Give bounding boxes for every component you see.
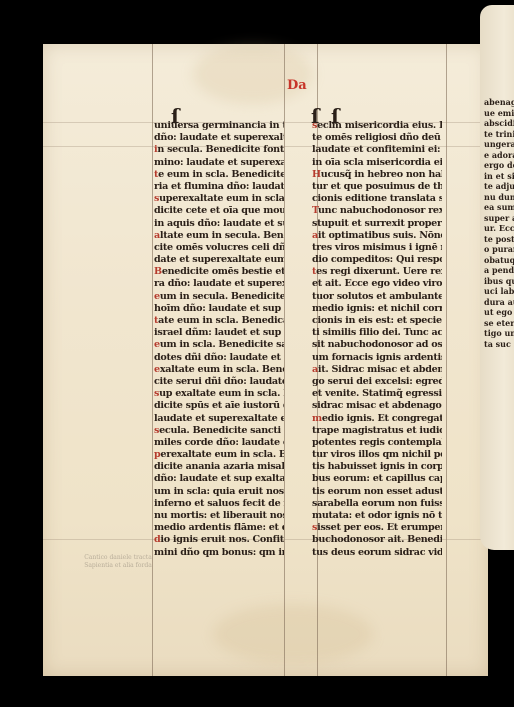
text-line: eum in scla. Benedicite sacer: [154, 339, 284, 351]
text-line: altate eum in secula. Benedi: [154, 230, 284, 242]
text-line: in secula. Benedicite fontes do: [154, 144, 284, 156]
text-line: mutata: et odor ignis nō tra: [312, 510, 442, 522]
text-line-rest: io ignis eruit nos. Confite: [160, 534, 284, 545]
text-line: tis habuisset ignis in corpori: [312, 461, 442, 473]
text-line: tuor solutos et ambulantes i: [312, 291, 442, 303]
text-line: medio ignis: et nichil corrup: [312, 303, 442, 315]
text-line: perexaltate eum in scla. Bene: [154, 449, 284, 461]
text-line: sup exaltate eum in scla. Bene: [154, 388, 284, 400]
text-line: secula. Benedicite sancti et hu: [154, 425, 284, 437]
text-line: medio ignis. Et congregati sa: [312, 413, 442, 425]
text-line: inferno et saluos fecit de ma: [154, 498, 284, 510]
text-line: tur et que posuimus de theodo: [312, 181, 442, 193]
text-line-rest: enedicite omēs bestie et pec: [162, 266, 284, 277]
text-line: et ait. Ecce ego video viros q̃: [312, 278, 442, 290]
next-leaf-line: te trinitate: [484, 129, 514, 140]
next-leaf-line: obatuq n: [484, 255, 514, 266]
ruling-line: [446, 44, 447, 676]
text-line-rest: it optimatibus suis. Nōne: [318, 230, 442, 241]
text-line: dño: laudate et sup exaltate e: [154, 473, 284, 485]
text-line: dotes dñi dño: laudate et sup: [154, 352, 284, 364]
ruling-line: [152, 44, 153, 676]
text-line-rest: it. Sidrac misac et abdena: [318, 364, 442, 375]
text-line: laudate et confitemini ei: quia: [312, 144, 442, 156]
text-line: miles corde dño: laudate et su: [154, 437, 284, 449]
text-line: buchodonosor ait. Benedic: [312, 534, 442, 546]
text-line: ait optimatibus suis. Nōne: [312, 230, 442, 242]
text-line-rest: isset per eos. Et erumpens na: [317, 522, 442, 533]
water-stain: [213, 604, 373, 664]
text-line-rest: um in secula. Benedicite filij: [160, 291, 284, 302]
text-line: dio compeditos: Qui respondē: [312, 254, 442, 266]
text-line: bus eorum: et capillus capi: [312, 473, 442, 485]
next-leaf-line: super adiuor: [484, 213, 514, 224]
text-line: in oīa scla misericordia eius.: [312, 157, 442, 169]
next-leaf-line: dura aut: [484, 297, 514, 308]
text-line: ti similis filio dei. Tunc acces: [312, 327, 442, 339]
text-line: nu mortis: et liberauit nos de: [154, 510, 284, 522]
next-leaf-line: ungera fuit: [484, 139, 514, 150]
next-leaf-line: te post r: [484, 234, 514, 245]
manuscript-page: Da ſ ſ ſ uniuersa germinancia in terradñ…: [43, 44, 488, 676]
next-leaf-line: a pendid: [484, 265, 514, 276]
text-line: laudate et superexaltate eū in: [154, 413, 284, 425]
next-leaf-line: ta suc: [484, 339, 514, 350]
next-leaf-line: ibus qui g: [484, 276, 514, 287]
next-leaf-line: in et sicut d: [484, 171, 514, 182]
text-line-rest: e eum in scla. Benedicite ma: [158, 169, 284, 180]
text-line-rest: unc nabuchodonosor rex ob: [318, 205, 442, 216]
running-head: Da: [287, 78, 307, 93]
next-leaf-text: abenago: eue emit iabscidit ute trinitat…: [480, 97, 514, 349]
text-line: seclm misericordia eius. Benedi: [312, 120, 442, 132]
text-line-rest: um in scla. Benedicite sacer: [160, 339, 284, 350]
text-line: dicite cete et oīa que mouentur: [154, 205, 284, 217]
text-line: dio ignis eruit nos. Confite: [154, 534, 284, 546]
text-line-rest: ate eum in scla. Benedicat: [158, 315, 284, 326]
text-line: mini dño qm bonus: qm in: [154, 547, 284, 559]
rubric-initial: m: [312, 413, 322, 424]
ruling-line: [284, 44, 285, 676]
text-line-rest: n secula. Benedicite fontes do: [157, 144, 284, 155]
marginal-note-line: Sapientia et alia forda: [73, 562, 163, 570]
next-leaf-line: ue emit i: [484, 108, 514, 119]
text-line: dño: laudate et superexaltate eū: [154, 132, 284, 144]
text-line: cionis in eis est: et species q̃r: [312, 315, 442, 327]
text-line: um fornacis ignis ardentis: et: [312, 352, 442, 364]
text-line: te eum in scla. Benedicite ma: [154, 169, 284, 181]
text-line: cite omēs volucres celi dño: lau: [154, 242, 284, 254]
next-leaf-line: uci laban: [484, 286, 514, 297]
text-line: stupuit et surrexit propere: et: [312, 218, 442, 230]
text-line: uniuersa germinancia in terra: [154, 120, 284, 132]
text-line-rest: ltate eum in secula. Benedi: [160, 230, 284, 241]
text-line: te omēs religiosi dño deū deos:: [312, 132, 442, 144]
text-line: um in scla: quia eruit nos de: [154, 486, 284, 498]
text-line-rest: ecula. Benedicite sancti et hu: [159, 425, 284, 436]
text-line: tis eorum non esset adustus: et: [312, 486, 442, 498]
text-line: tus deus eorum sidrac videlicet: [312, 547, 442, 559]
text-line: exaltate eum in scla. Benedi: [154, 364, 284, 376]
text-line: dicite anania azaria misahel: [154, 461, 284, 473]
text-line: sidrac misac et abdenago de: [312, 400, 442, 412]
text-line: superexaltate eum in scla. Bene: [154, 193, 284, 205]
text-line: Hucusq̃ in hebreo non habe: [312, 169, 442, 181]
text-line-rest: uperexaltate eum in scla. Bene: [159, 193, 284, 204]
text-line: Tunc nabuchodonosor rex ob: [312, 205, 442, 217]
text-line: Benedicite omēs bestie et pec: [154, 266, 284, 278]
text-line: tres viros misimus i ignē me: [312, 242, 442, 254]
text-line: cite serui dñi dño: laudate et: [154, 376, 284, 388]
text-line: mino: laudate et superexalta: [154, 157, 284, 169]
text-line: cionis editione translata sūt.: [312, 193, 442, 205]
text-line-rest: up exaltate eum in scla. Bene: [159, 388, 284, 399]
text-line: israel dñm: laudet et sup exaltet: [154, 327, 284, 339]
text-line: tur viros illos qm nichil potesta: [312, 449, 442, 461]
rubric-initial: H: [312, 169, 321, 180]
text-column-left: uniuersa germinancia in terradño: laudat…: [154, 120, 284, 559]
text-line-rest: edio ignis. Et congregati sa: [322, 413, 442, 424]
next-leaf-edge: abenago: eue emit iabscidit ute trinitat…: [480, 5, 514, 550]
text-line: sisset per eos. Et erumpens na: [312, 522, 442, 534]
text-line: sarabella eorum non fuissent i: [312, 498, 442, 510]
text-line-rest: xaltate eum in scla. Benedi: [160, 364, 284, 375]
next-leaf-line: ut ego rex: [484, 307, 514, 318]
text-line: ria et flumina dño: laudate et: [154, 181, 284, 193]
text-line: go serui dei excelsi: egredimini: [312, 376, 442, 388]
rubric-initial: B: [154, 266, 162, 277]
text-line: ait. Sidrac misac et abdena: [312, 364, 442, 376]
text-line: et venite. Statimq̃ egressi sūt: [312, 388, 442, 400]
next-leaf-line: te adjuro et t: [484, 181, 514, 192]
next-leaf-line: tigo unde: [484, 328, 514, 339]
next-leaf-line: abscidit u: [484, 118, 514, 129]
text-line: trape magistratus et iudices et: [312, 425, 442, 437]
marginal-note: Cantico daniele tracta Sapientia et alia…: [73, 554, 163, 570]
next-leaf-line: e adorauer: [484, 150, 514, 161]
text-line: date et superexaltate eum in scla.: [154, 254, 284, 266]
next-leaf-line: ur. Ecce m: [484, 223, 514, 234]
water-stain: [193, 44, 313, 104]
text-line: in aquis dño: laudate et supe: [154, 218, 284, 230]
text-line-rest: ucusq̃ in hebreo non habe: [321, 169, 442, 180]
text-column-right: seclm misericordia eius. Benedite omēs r…: [312, 120, 442, 559]
next-leaf-line: abenago: e: [484, 97, 514, 108]
next-leaf-line: ea sum suu: [484, 202, 514, 213]
text-line: tate eum in scla. Benedicat: [154, 315, 284, 327]
text-line-rest: erexaltate eum in scla. Bene: [160, 449, 284, 460]
text-line: hoīm dño: laudate et sup exal: [154, 303, 284, 315]
text-line: potentes regis contemplaban: [312, 437, 442, 449]
next-leaf-line: ergo deu suu: [484, 160, 514, 171]
text-line-rest: es regi dixerunt. Uere rex. Respōdit rex: [316, 266, 442, 277]
next-leaf-line: nu dum fen: [484, 192, 514, 203]
text-line: tes regi dixerunt. Uere rex. Respōdit re…: [312, 266, 442, 278]
text-line: ra dño: laudate et superexaltate: [154, 278, 284, 290]
next-leaf-line: o puram: [484, 244, 514, 255]
text-line-rest: eclm misericordia eius. Benedi: [317, 120, 442, 131]
marginal-note-line: Cantico daniele tracta: [73, 554, 163, 562]
text-line: sit nabuchodonosor ad osti: [312, 339, 442, 351]
next-leaf-line: se eternis: [484, 318, 514, 329]
text-line: medio ardentis flāme: et de me: [154, 522, 284, 534]
text-line: dicite spūs et aīe iustorū dño:: [154, 400, 284, 412]
text-line: eum in secula. Benedicite filij: [154, 291, 284, 303]
